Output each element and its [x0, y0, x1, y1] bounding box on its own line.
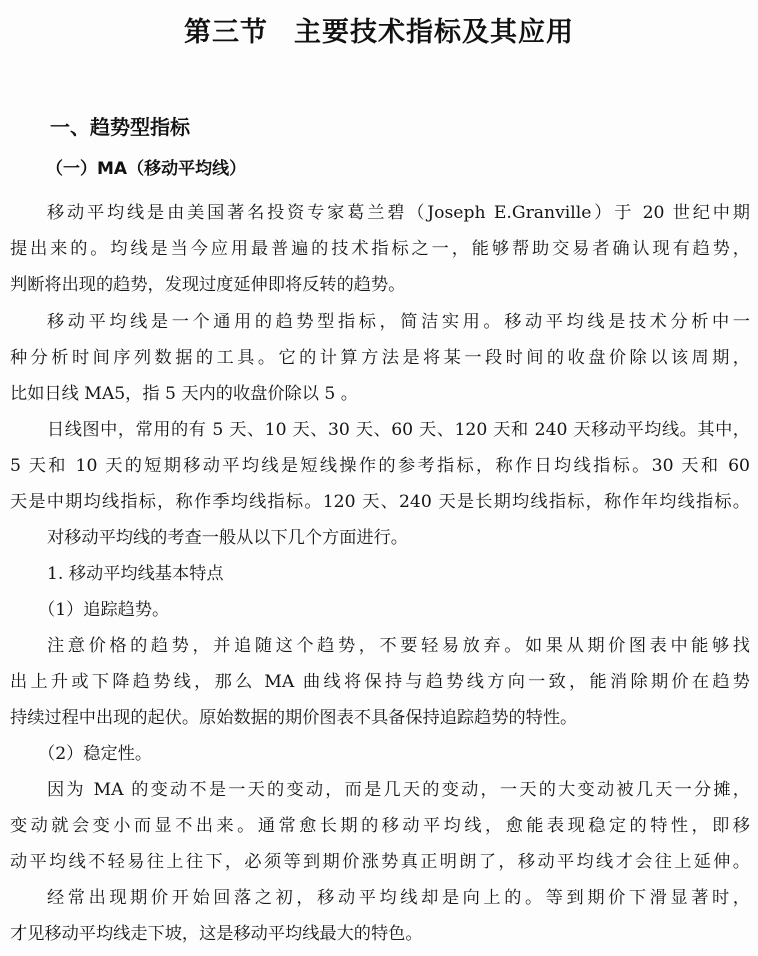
item-title: （2）稳定性。: [38, 742, 758, 766]
paragraph-line: 对移动平均线的考查一般从以下几个方面进行。: [47, 526, 750, 550]
section-title: 第三节主要技术指标及其应用: [0, 10, 758, 49]
section-name: 主要技术指标及其应用: [294, 17, 574, 48]
paragraph-line: 注意价格的趋势，并追随这个趋势，不要轻易放弃。如果从期价图表中能够找: [47, 634, 750, 658]
paragraph-line: 天是中期均线指标，称作季均线指标。120 天、240 天是长期均线指标，称作年均…: [10, 490, 750, 514]
paragraph-line: 经常出现期价开始回落之初，移动平均线却是向上的。等到期价下滑显著时，: [47, 886, 750, 910]
paragraph-line: 移动平均线是一个通用的趋势型指标，简洁实用。移动平均线是技术分析中一: [47, 310, 750, 334]
paragraph-line: 才见移动平均线走下坡，这是移动平均线最大的特色。: [10, 922, 750, 946]
paragraph-line: 动平均线不轻易往上往下，必须等到期价涨势真正明朗了，移动平均线才会往上延伸。: [10, 850, 750, 874]
paragraph-line: 判断将出现的趋势，发现过度延伸即将反转的趋势。: [10, 273, 750, 297]
paragraph-line: 5 天和 10 天的短期移动平均线是短线操作的参考指标，称作日均线指标。30 天…: [10, 454, 750, 478]
paragraph-line: 种分析时间序列数据的工具。它的计算方法是将某一段时间的收盘价除以该周期，: [10, 346, 750, 370]
paragraph-line: 出上升或下降趋势线，那么 MA 曲线将保持与趋势线方向一致，能消除期价在趋势: [10, 670, 750, 694]
paragraph-line: 日线图中，常用的有 5 天、10 天、30 天、60 天、120 天和 240 …: [47, 418, 750, 442]
paragraph-line: 移动平均线是由美国著名投资专家葛兰碧（Joseph E.Granville）于 …: [47, 201, 750, 225]
section-number: 第三节: [184, 17, 268, 48]
paragraph-line: 变动就会变小而显不出来。通常愈长期的移动平均线，愈能表现稳定的特性，即移: [10, 814, 750, 838]
document-page: 第三节主要技术指标及其应用 一、趋势型指标 （一）MA（移动平均线） 移动平均线…: [0, 0, 758, 956]
heading-trend-indicators: 一、趋势型指标: [50, 111, 190, 140]
paragraph-line: 比如日线 MA5，指 5 天内的收盘价除以 5 。: [10, 382, 750, 406]
sub-heading: 1. 移动平均线基本特点: [47, 562, 750, 586]
paragraph-line: 提出来的。均线是当今应用最普遍的技术指标之一，能够帮助交易者确认现有趋势，: [10, 237, 750, 261]
paragraph-line: 持续过程中出现的起伏。原始数据的期价图表不具备保持追踪趋势的特性。: [10, 706, 750, 730]
heading-ma: （一）MA（移动平均线）: [46, 154, 246, 179]
item-title: （1）追踪趋势。: [38, 598, 758, 622]
paragraph-line: 因为 MA 的变动不是一天的变动，而是几天的变动，一天的大变动被几天一分摊，: [47, 778, 750, 802]
